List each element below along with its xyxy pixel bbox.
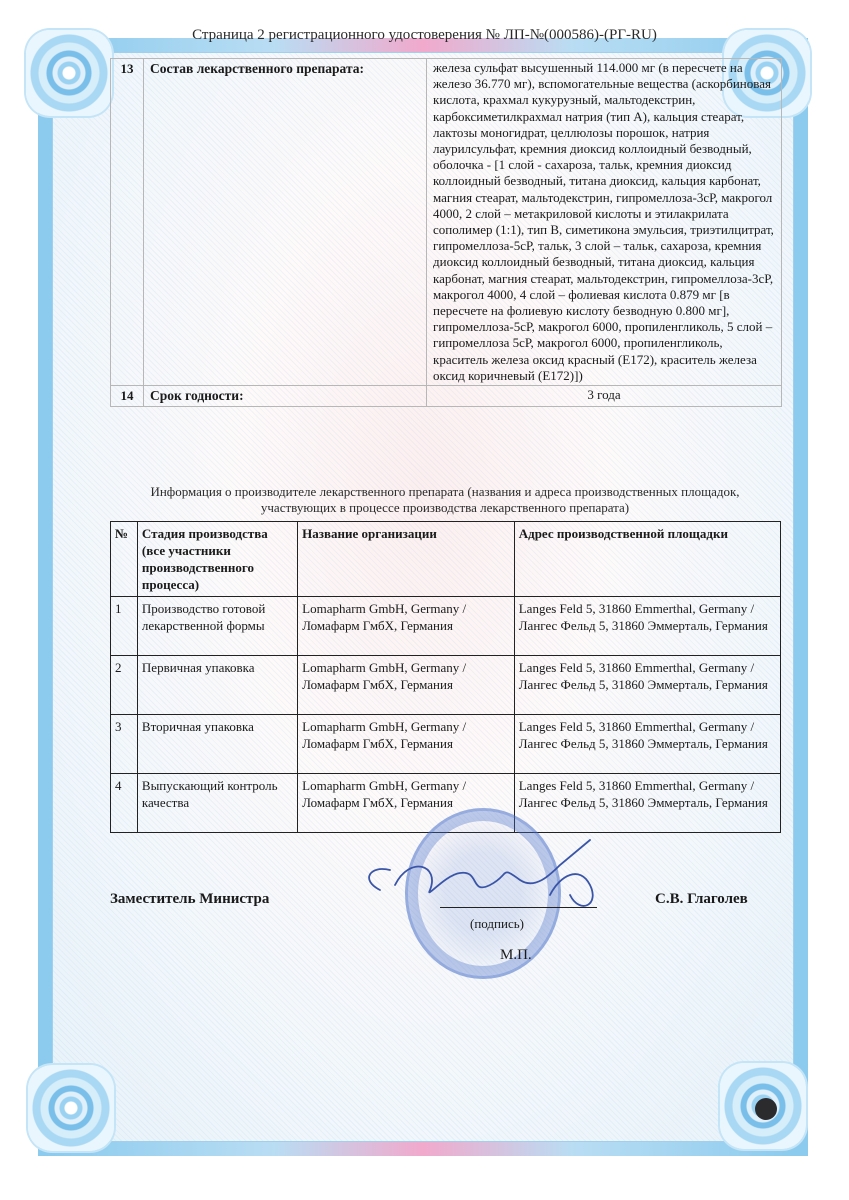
corner-rosette-icon <box>28 1065 114 1151</box>
cell-stage: Вторичная упаковка <box>137 715 297 774</box>
cell-address: Langes Feld 5, 31860 Emmerthal, Germany … <box>514 597 780 656</box>
table-row: 1 Производство готовой лекарственной фор… <box>111 597 781 656</box>
manufacturer-caption: Информация о производителе лекарственног… <box>100 484 790 516</box>
cell-number: 3 <box>111 715 138 774</box>
row-number: 14 <box>111 386 144 407</box>
row-value: железа сульфат высушенный 114.000 мг (в … <box>427 59 782 386</box>
caption-line: участвующих в процессе производства лека… <box>100 500 790 516</box>
manufacturer-table: № Стадия производства (все участники про… <box>110 521 781 833</box>
cell-number: 2 <box>111 656 138 715</box>
signatory-position: Заместитель Министра <box>110 891 269 908</box>
info-table: 13 Состав лекарственного препарата: желе… <box>110 58 782 407</box>
cell-number: 4 <box>111 774 138 833</box>
column-header-organization: Название организации <box>298 522 515 597</box>
signature-icon <box>350 835 620 915</box>
row-label: Срок годности: <box>144 386 427 407</box>
row-number: 13 <box>111 59 144 386</box>
punch-hole-icon <box>755 1098 777 1120</box>
row-value: 3 года <box>427 386 782 407</box>
cell-number: 1 <box>111 597 138 656</box>
cell-address: Langes Feld 5, 31860 Emmerthal, Germany … <box>514 715 780 774</box>
cell-organization: Lomapharm GmbH, Germany / Ломафарм ГмбХ,… <box>298 656 515 715</box>
table-row: 3 Вторичная упаковка Lomapharm GmbH, Ger… <box>111 715 781 774</box>
caption-line: Информация о производителе лекарственног… <box>100 484 790 500</box>
column-header-number: № <box>111 522 138 597</box>
cell-address: Langes Feld 5, 31860 Emmerthal, Germany … <box>514 774 780 833</box>
cell-address: Langes Feld 5, 31860 Emmerthal, Germany … <box>514 656 780 715</box>
cell-organization: Lomapharm GmbH, Germany / Ломафарм ГмбХ,… <box>298 597 515 656</box>
cell-stage: Производство готовой лекарственной формы <box>137 597 297 656</box>
signature-line <box>440 907 597 908</box>
table-header-row: № Стадия производства (все участники про… <box>111 522 781 597</box>
column-header-address: Адрес производственной площадки <box>514 522 780 597</box>
cell-stage: Первичная упаковка <box>137 656 297 715</box>
cell-stage: Выпускающий контроль качества <box>137 774 297 833</box>
row-label: Состав лекарственного препарата: <box>144 59 427 386</box>
cell-organization: Lomapharm GmbH, Germany / Ломафарм ГмбХ,… <box>298 715 515 774</box>
table-row: 13 Состав лекарственного препарата: желе… <box>111 59 782 386</box>
column-header-stage: Стадия производства (все участники произ… <box>137 522 297 597</box>
seal-placeholder-label: М.П. <box>500 947 532 964</box>
signatory-name: С.В. Глаголев <box>655 891 748 908</box>
signature-caption: (подпись) <box>470 916 524 932</box>
page-title: Страница 2 регистрационного удостоверени… <box>0 27 849 44</box>
table-row: 2 Первичная упаковка Lomapharm GmbH, Ger… <box>111 656 781 715</box>
table-row: 14 Срок годности: 3 года <box>111 386 782 407</box>
